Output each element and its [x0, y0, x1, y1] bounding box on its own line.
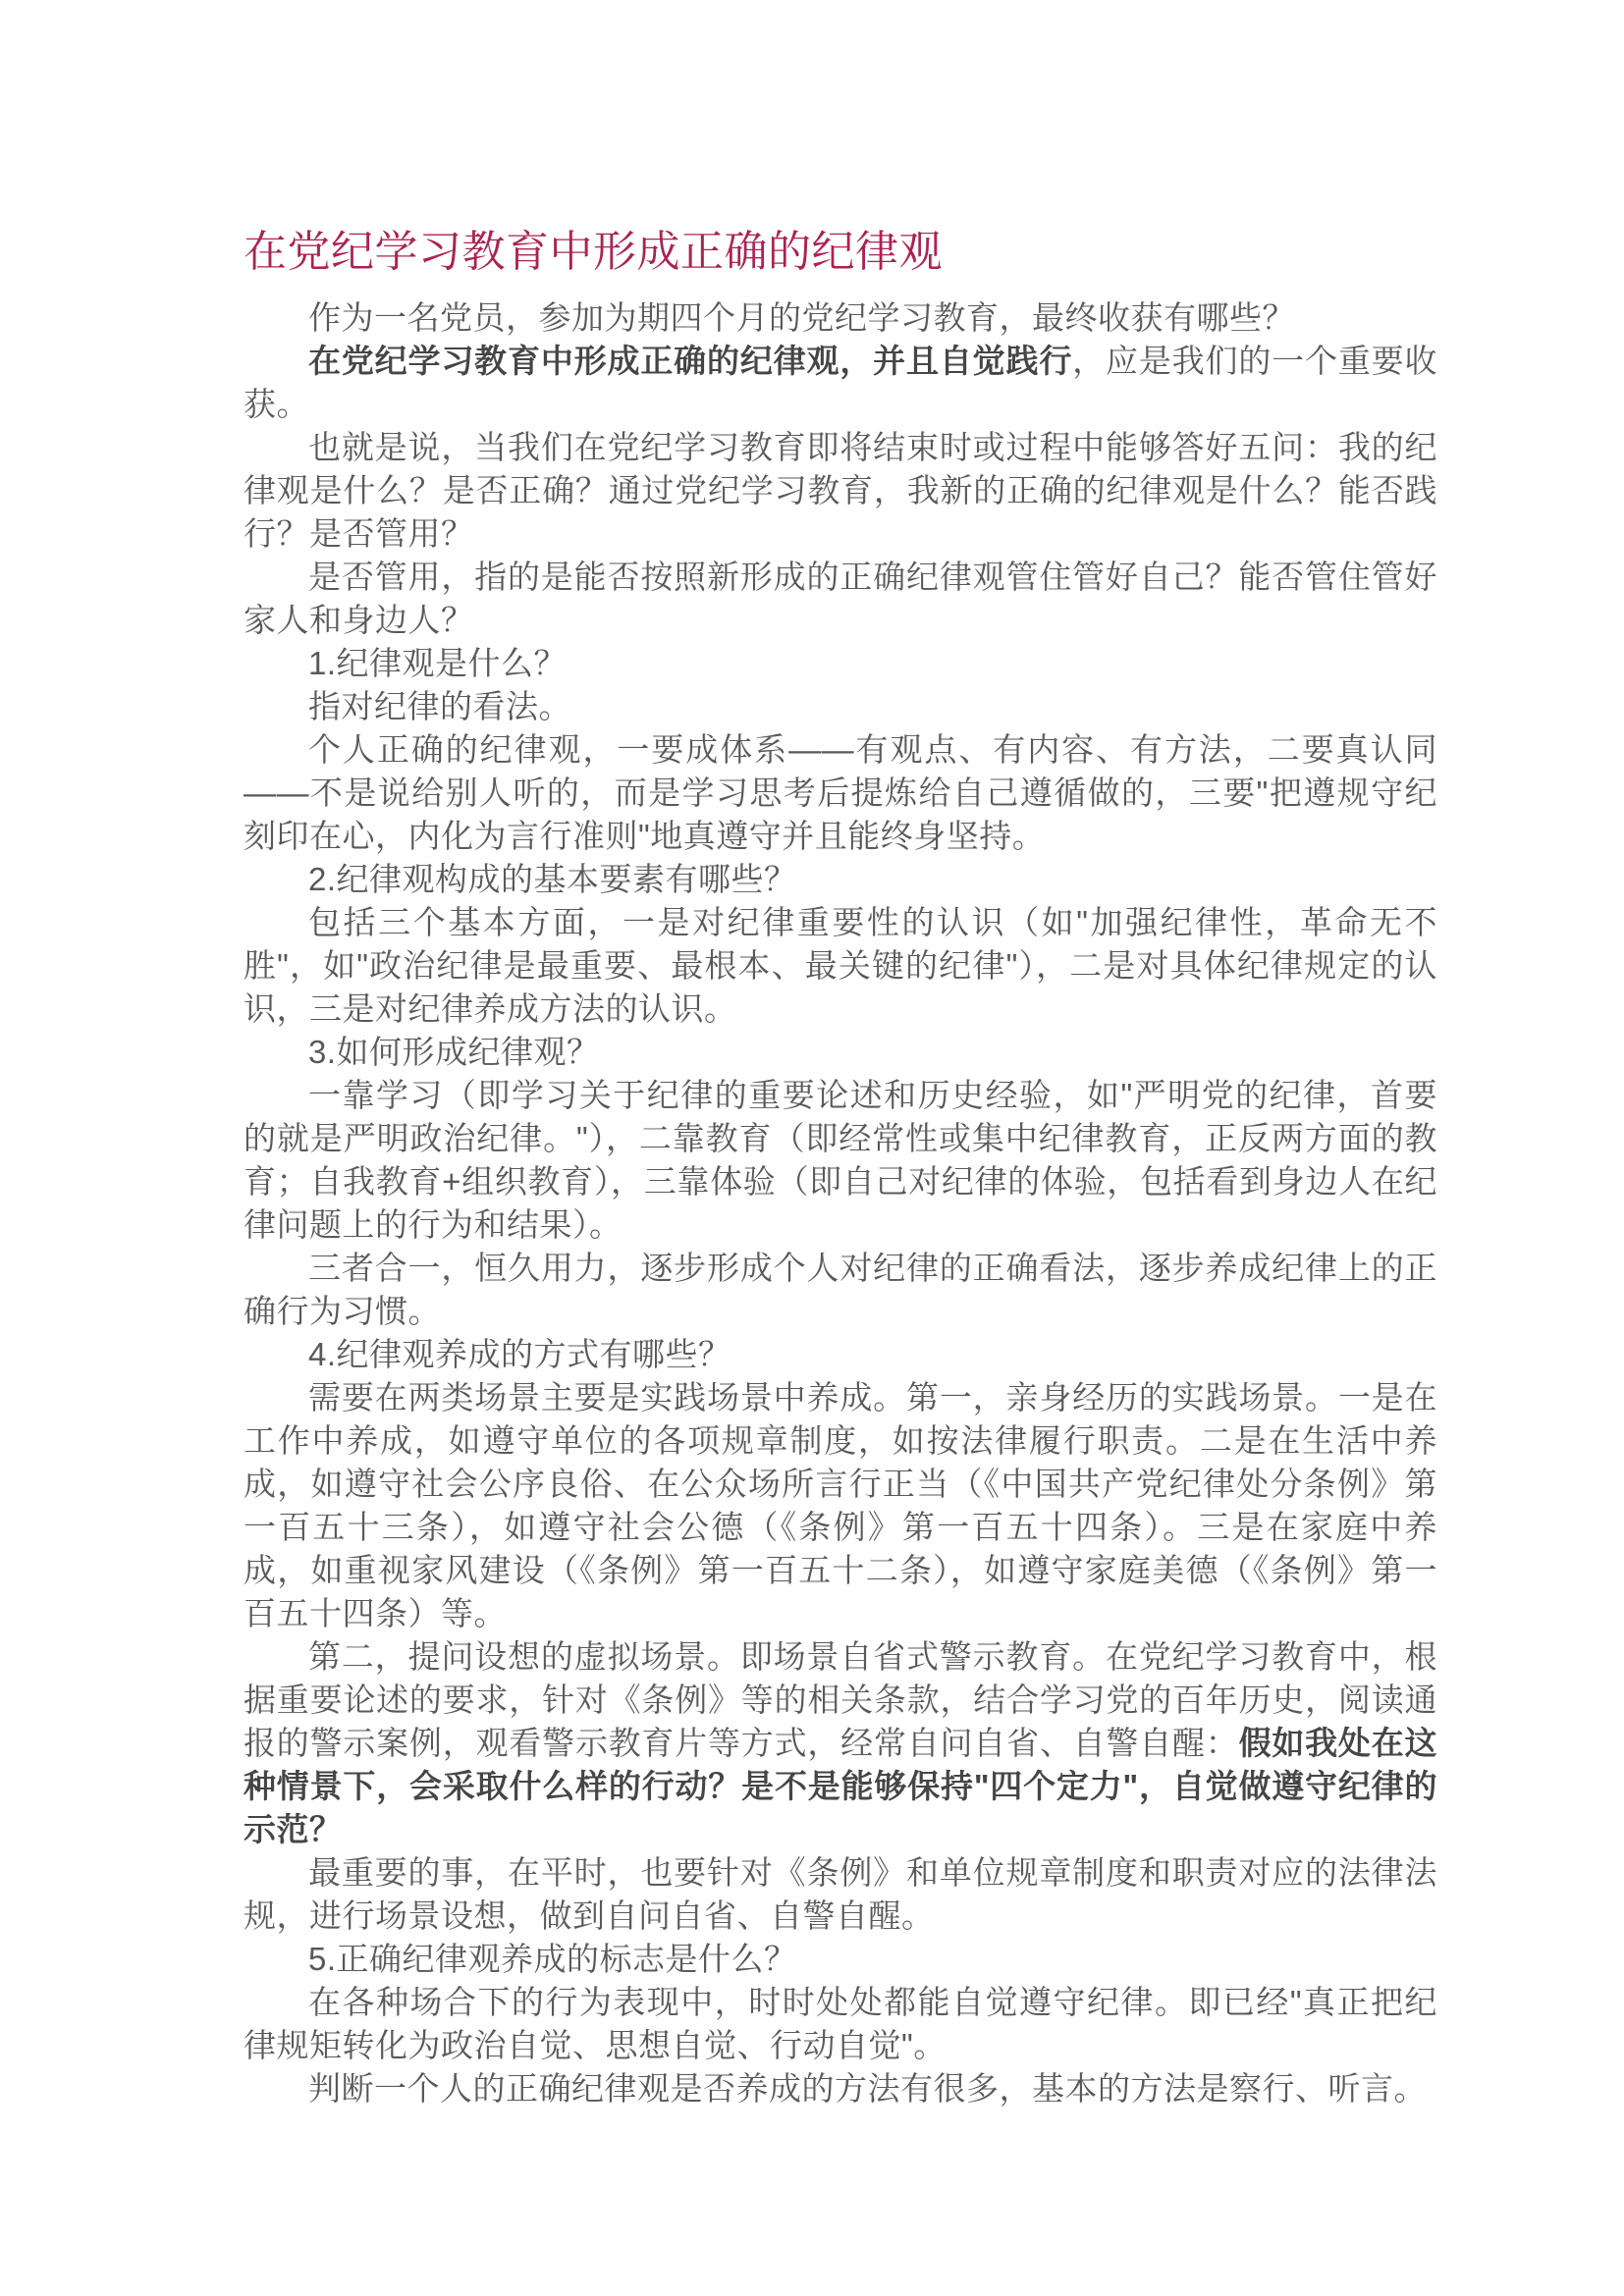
text-segment: 在各种场合下的行为表现中，时时处处都能自觉遵守纪律。即已经"真正把纪律规矩转化为…: [244, 1984, 1437, 2063]
text-segment: 3.如何形成纪律观？: [308, 1034, 600, 1070]
paragraph: 1.纪律观是什么？: [244, 642, 1437, 685]
paragraph: 是否管用，指的是能否按照新形成的正确纪律观管住管好自己？能否管住管好家人和身边人…: [244, 556, 1437, 642]
paragraph: 2.纪律观构成的基本要素有哪些？: [244, 858, 1437, 901]
text-segment: 1.纪律观是什么？: [308, 645, 567, 681]
text-segment: 5.正确纪律观养成的标志是什么？: [308, 1941, 797, 1977]
paragraph: 4.纪律观养成的方式有哪些？: [244, 1333, 1437, 1376]
text-segment: 包括三个基本方面，一是对纪律重要性的认识（如"加强纪律性，革命无不胜"，如"政治…: [244, 904, 1437, 1027]
text-segment: 也就是说，当我们在党纪学习教育即将结束时或过程中能够答好五问：我的纪律观是什么？…: [244, 429, 1437, 552]
paragraph: 也就是说，当我们在党纪学习教育即将结束时或过程中能够答好五问：我的纪律观是什么？…: [244, 426, 1437, 556]
document-page: 在党纪学习教育中形成正确的纪律观 作为一名党员，参加为期四个月的党纪学习教育，最…: [0, 0, 1624, 2296]
text-segment: 判断一个人的正确纪律观是否养成的方法有很多，基本的方法是察行、听言。: [308, 2070, 1427, 2107]
paragraph: 三者合一，恒久用力，逐步形成个人对纪律的正确看法，逐步养成纪律上的正确行为习惯。: [244, 1247, 1437, 1333]
paragraph: 第二，提问设想的虚拟场景。即场景自省式警示教育。在党纪学习教育中，根据重要论述的…: [244, 1635, 1437, 1851]
paragraph: 需要在两类场景主要是实践场景中养成。第一，亲身经历的实践场景。一是在工作中养成，…: [244, 1376, 1437, 1635]
paragraph: 在各种场合下的行为表现中，时时处处都能自觉遵守纪律。即已经"真正把纪律规矩转化为…: [244, 1981, 1437, 2067]
document-body: 在党纪学习教育中形成正确的纪律观 作为一名党员，参加为期四个月的党纪学习教育，最…: [244, 224, 1437, 2110]
text-segment: 一靠学习（即学习关于纪律的重要论述和历史经验，如"严明党的纪律，首要的就是严明政…: [244, 1077, 1437, 1243]
paragraphs: 作为一名党员，参加为期四个月的党纪学习教育，最终收获有哪些？在党纪学习教育中形成…: [244, 296, 1437, 2110]
text-segment: 作为一名党员，参加为期四个月的党纪学习教育，最终收获有哪些？: [308, 299, 1295, 336]
text-segment: 4.纪律观养成的方式有哪些？: [308, 1336, 731, 1372]
text-segment: 个人正确的纪律观，一要成体系——有观点、有内容、有方法，二要真认同——不是说给别…: [244, 731, 1437, 854]
text-segment: 需要在两类场景主要是实践场景中养成。第一，亲身经历的实践场景。一是在工作中养成，…: [244, 1379, 1437, 1631]
text-segment: 三者合一，恒久用力，逐步形成个人对纪律的正确看法，逐步养成纪律上的正确行为习惯。: [244, 1250, 1437, 1329]
text-segment: 是否管用，指的是能否按照新形成的正确纪律观管住管好自己？能否管住管好家人和身边人…: [244, 559, 1437, 638]
paragraph: 3.如何形成纪律观？: [244, 1031, 1437, 1074]
text-segment: 2.纪律观构成的基本要素有哪些？: [308, 861, 797, 897]
bold-text-segment: 在党纪学习教育中形成正确的纪律观，并且自觉践行: [308, 343, 1072, 379]
text-segment: 最重要的事，在平时，也要针对《条例》和单位规章制度和职责对应的法律法规，进行场景…: [244, 1854, 1437, 1934]
paragraph: 最重要的事，在平时，也要针对《条例》和单位规章制度和职责对应的法律法规，进行场景…: [244, 1851, 1437, 1938]
text-segment: 指对纪律的看法。: [308, 688, 571, 724]
paragraph: 包括三个基本方面，一是对纪律重要性的认识（如"加强纪律性，革命无不胜"，如"政治…: [244, 901, 1437, 1031]
paragraph: 判断一个人的正确纪律观是否养成的方法有很多，基本的方法是察行、听言。: [244, 2067, 1437, 2110]
paragraph: 在党纪学习教育中形成正确的纪律观，并且自觉践行，应是我们的一个重要收获。: [244, 340, 1437, 426]
paragraph: 5.正确纪律观养成的标志是什么？: [244, 1938, 1437, 1981]
paragraph: 指对纪律的看法。: [244, 685, 1437, 728]
paragraph: 作为一名党员，参加为期四个月的党纪学习教育，最终收获有哪些？: [244, 296, 1437, 340]
paragraph: 个人正确的纪律观，一要成体系——有观点、有内容、有方法，二要真认同——不是说给别…: [244, 728, 1437, 858]
paragraph: 一靠学习（即学习关于纪律的重要论述和历史经验，如"严明党的纪律，首要的就是严明政…: [244, 1074, 1437, 1247]
document-title: 在党纪学习教育中形成正确的纪律观: [244, 224, 1437, 281]
